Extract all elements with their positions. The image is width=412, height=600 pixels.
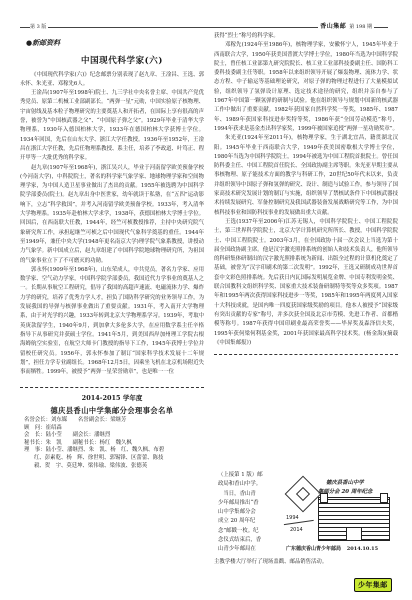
postmark-footer: 广东德庆香山青少年邮局 2014.10.15: [286, 545, 378, 552]
postmark-year-end: 2014: [290, 527, 303, 533]
article-paragraph: 邓稼先(1924年至1986年)，核物理学家，安徽怀宁人，1945年毕业于西南联…: [214, 41, 398, 134]
building-tower-icon: [380, 493, 388, 503]
article-title: 中国现代科学家(六): [40, 57, 204, 66]
edition-label: 第 3 版: [30, 22, 46, 32]
building-entrance-icon: [346, 527, 362, 541]
issue-label: 第 198 期: [349, 22, 372, 32]
council-row: 会 长：陆小莹 副会长：潘继烈: [24, 432, 204, 440]
text-line: 山中学集邮分会: [218, 508, 278, 517]
youth-philately-badge: 少年集邮: [354, 578, 392, 592]
header-rule: [374, 27, 388, 28]
council-row: 名誉会长：刘东媒 名誉副会长：梁继芳: [24, 417, 204, 425]
article-paragraph: 《中国现代科学家(六)》纪念邮票分别表现了赵九章、王淦昌、王选、郭永怀、朱光亚、…: [20, 71, 204, 90]
council-year: 2014-2015 学年度: [20, 394, 204, 403]
article-paragraph: 郭永怀(1909年至1968年)，山东荣成人，中共党员，著名力学家、应用数学家、…: [20, 266, 204, 378]
postmark-date: 2014.10.15: [347, 546, 378, 552]
article-paragraph: 获得“烈士”称号的科学家。: [214, 32, 398, 41]
building-tower-icon: [320, 493, 328, 503]
text-line: 少年邮局推出“香: [218, 499, 278, 508]
text-line: 山青少年邮局在: [218, 545, 278, 554]
postmark-year-start: 1994: [286, 515, 299, 521]
page-header: 第 3 版 香山集邮 第 198 期: [20, 22, 388, 32]
header-rule: [48, 27, 318, 28]
right-column: 获得“烈士”称号的科学家。 邓稼先(1924年至1986年)，核物理学家，安徽怀…: [214, 32, 398, 361]
text-line: 当日，香山青: [218, 490, 278, 499]
council-row: 理 事：陆小莹、潘继烈、朱 凯、杨 红、魏久枫、布碧: [24, 447, 204, 455]
text-line: 念”邮戳一枚。纪: [218, 527, 278, 536]
header-rule: [20, 27, 30, 28]
commemorative-postmark: 德庆县香山中学 集邮分会 20 周年纪念 1994 2014 广东德庆香山青少年…: [284, 475, 396, 555]
text-line: 政局和香山中学。: [218, 480, 278, 489]
continued-tail: 主教学楼大厅举行了现场盖戳、邮品销售活动。: [214, 558, 398, 567]
newspaper-page: 第 3 版 香山集邮 第 198 期 ●新邮资料 中国现代科学家(六) 《中国现…: [0, 0, 412, 600]
left-column: ●新邮资料 中国现代科学家(六) 《中国现代科学家(六)》纪念邮票分别表现了赵九…: [20, 34, 204, 470]
article-paragraph: 朱光亚(1924年至2011年)，核物理学家，生于湖北宜昌，籍贯湖北汉阳。194…: [214, 134, 398, 218]
section-divider: [214, 354, 398, 355]
postmark-title: 德庆县香山中学: [326, 478, 364, 486]
council-title: 德庆县香山中学集邮分会理事会名单: [20, 406, 204, 415]
section-tag: ●新邮资料: [26, 38, 204, 47]
text-line: （上接第 1 版）邮: [218, 471, 278, 480]
council-row: 毅、贺 宇、莫廷坤、梁伟瑜、梁伟波、张德英: [24, 463, 204, 471]
council-list: 名誉会长：刘东媒 名誉副会长：梁继芳 顾 问：崔绍森 会 长：陆小莹 副会长：潘…: [20, 417, 204, 470]
council-row: 红、彭素乾、杨 辉、徐世明、郭锡锋、区蕾蕾、陈技: [24, 455, 204, 463]
article-paragraph: 王选(1937年至2006年)江苏无锡人，中国科学院院士、中国工程院院士，第三世…: [214, 218, 398, 348]
article-paragraph: 赵九章(1907年至1968年)，浙江吴兴人，毕业于河南留学欧美预备学校(今河南…: [20, 164, 204, 266]
paper-name: 香山集邮: [320, 22, 346, 32]
text-line: 念仪式结束后，香: [218, 536, 278, 545]
post-office-name: 广东德庆香山青少年邮局: [286, 546, 341, 552]
school-emblem-icon: [285, 476, 322, 513]
text-line: 成立 20 周年纪: [218, 517, 278, 526]
continued-text: （上接第 1 版）邮 政局和香山中学。 当日，香山青 少年邮局推出“香 山中学集…: [218, 471, 278, 555]
section-divider: [20, 387, 204, 388]
article-paragraph: 王淦昌(1907年至1998年)院士、九三学社中央名誉主席、中国共产党优秀党员、…: [20, 89, 204, 163]
